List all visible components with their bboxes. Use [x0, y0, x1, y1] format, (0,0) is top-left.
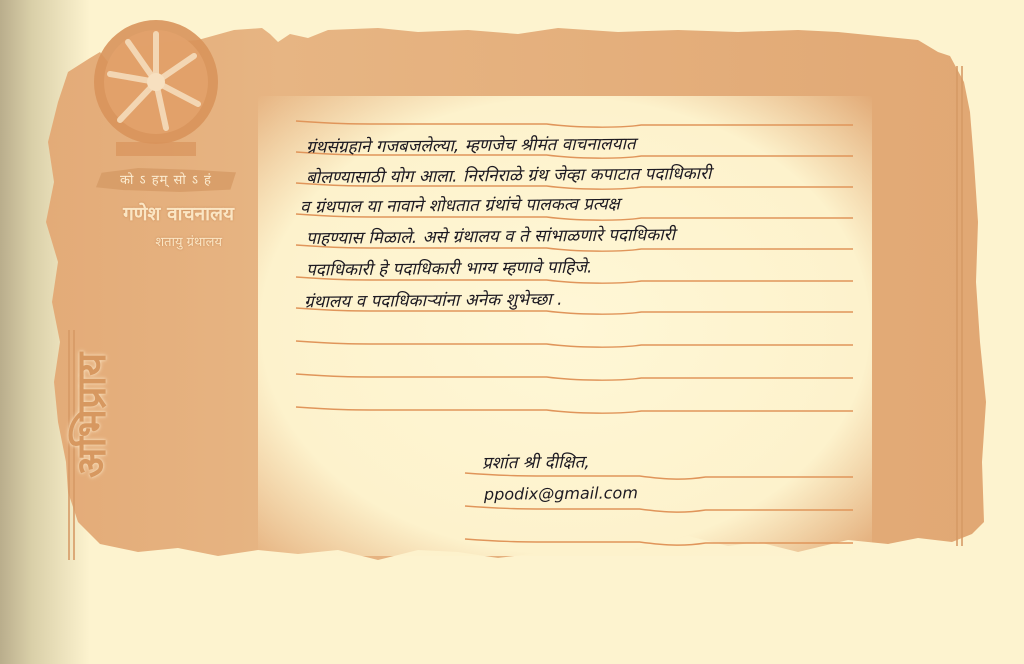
signature-email: ppodix@gmail.com [484, 483, 638, 504]
note-line: ग्रंथसंग्रहाने गजबजलेल्या, म्हणजेच श्रीम… [306, 131, 636, 157]
note-line: ग्रंथालय व पदाधिकाऱ्यांना अनेक शुभेच्छा … [304, 287, 563, 313]
note-line: बोलण्यासाठी योग आला. निरनिराळे ग्रंथ जेव… [306, 161, 712, 188]
note-line: व ग्रंथपाल या नावाने शोधतात ग्रंथांचे पा… [300, 191, 620, 217]
note-line: पाहण्यास मिळाले. असे ग्रंथालय व ते सांभा… [306, 222, 675, 249]
note-line: पदाधिकारी हे पदाधिकारी भाग्य म्हणावे पाह… [306, 255, 593, 281]
signature-name: प्रशांत श्री दीक्षित, [482, 449, 590, 473]
